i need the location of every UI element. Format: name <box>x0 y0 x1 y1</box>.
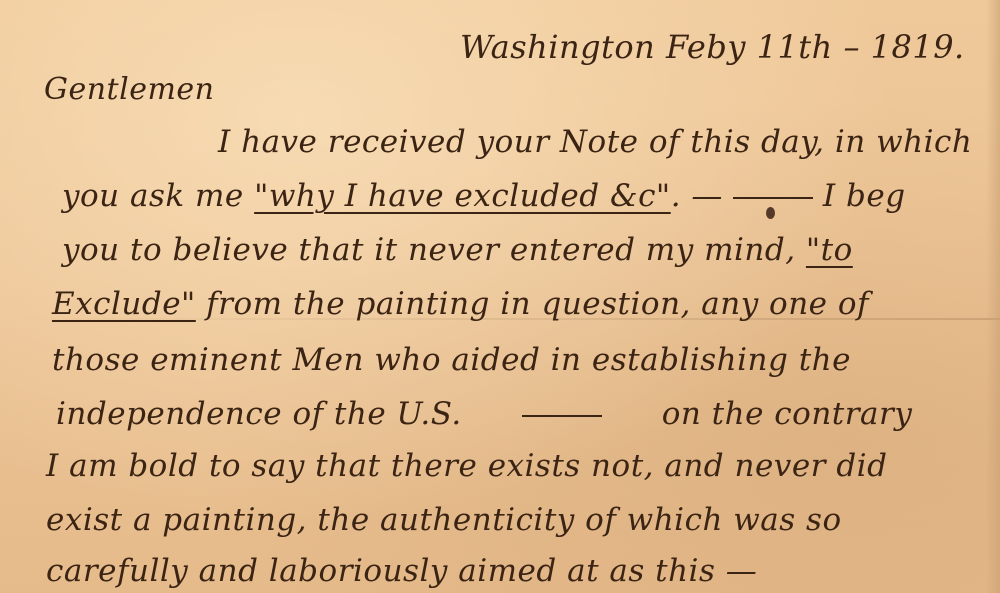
letter-line-8: exist a painting, the authenticity of wh… <box>46 502 842 538</box>
paper-edge <box>986 0 1000 593</box>
letter-line-3: you to believe that it never entered my … <box>62 232 853 268</box>
letter-line-5: those eminent Men who aided in establish… <box>52 342 851 378</box>
letter-line-9: carefully and laboriously aimed at as th… <box>46 553 757 589</box>
quoted-phrase: "why I have excluded &c" <box>254 178 671 214</box>
dateline-place: Washington <box>460 28 655 66</box>
letter-line-6: independence of the U.S.on the contrary <box>56 396 912 432</box>
letter-salutation: Gentlemen <box>44 72 214 107</box>
dateline-year: 1819. <box>871 28 965 66</box>
letter-line-4: Exclude" from the painting in question, … <box>52 286 869 322</box>
long-dash <box>733 197 813 199</box>
letter-line-1: I have received your Note of this day, i… <box>218 124 972 160</box>
dateline-date: Feby 11th <box>666 28 833 66</box>
long-dash <box>522 415 602 417</box>
letter-page: Washington Feby 11th – 1819. Gentlemen I… <box>0 0 1000 593</box>
letter-line-7: I am bold to say that there exists not, … <box>46 448 887 484</box>
letter-dateline: Washington Feby 11th – 1819. <box>460 28 965 66</box>
letter-line-2: you ask me "why I have excluded &c". —I … <box>62 178 906 214</box>
